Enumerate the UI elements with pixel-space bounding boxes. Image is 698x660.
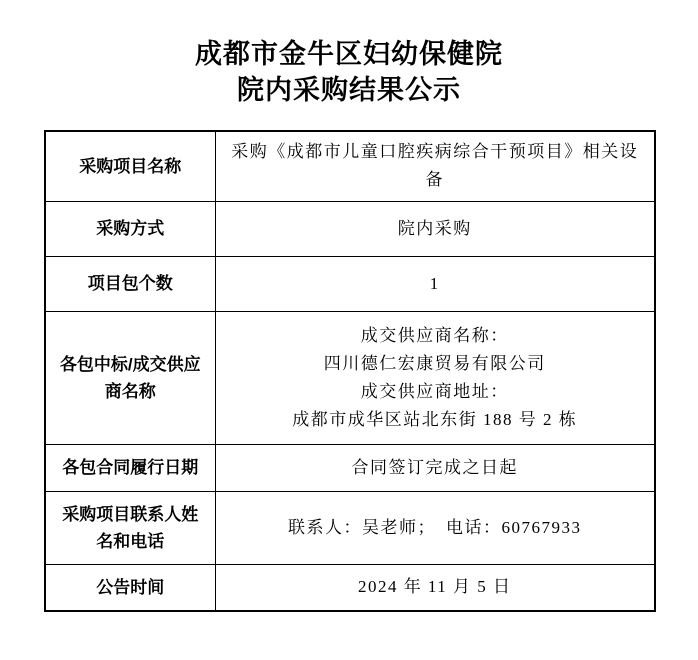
row-label: 采购项目联系人姓名和电话: [45, 491, 215, 564]
page-title-line-1: 成都市金牛区妇幼保健院: [0, 36, 698, 72]
row-value: 采购《成都市儿童口腔疾病综合干预项目》相关设备: [215, 131, 655, 201]
row-value: 2024 年 11 月 5 日: [215, 564, 655, 611]
row-label: 采购方式: [45, 201, 215, 256]
table-row-procurement-method: 采购方式 院内采购: [45, 201, 655, 256]
value-line: 成交供应商名称：: [228, 322, 643, 350]
value-line: 联系人：吴老师； 电话：60767933: [228, 514, 643, 542]
announcement-page: 成都市金牛区妇幼保健院 院内采购结果公示 采购项目名称 采购《成都市儿童口腔疾病…: [0, 0, 698, 660]
table-row-supplier-info: 各包中标/成交供应商名称 成交供应商名称： 四川德仁宏康贸易有限公司 成交供应商…: [45, 311, 655, 444]
row-label: 采购项目名称: [45, 131, 215, 201]
value-line: 成交供应商地址：: [228, 378, 643, 406]
row-value: 院内采购: [215, 201, 655, 256]
value-line: 四川德仁宏康贸易有限公司: [228, 350, 643, 378]
value-line: 成都市成华区站北东街 188 号 2 栋: [228, 406, 643, 434]
table-row-contract-date: 各包合同履行日期 合同签订完成之日起: [45, 444, 655, 491]
value-line: 1: [228, 270, 643, 298]
row-value: 合同签订完成之日起: [215, 444, 655, 491]
row-value: 1: [215, 256, 655, 311]
value-line: 院内采购: [228, 215, 643, 243]
table-row-contact-info: 采购项目联系人姓名和电话 联系人：吴老师； 电话：60767933: [45, 491, 655, 564]
row-label: 公告时间: [45, 564, 215, 611]
row-value: 联系人：吴老师； 电话：60767933: [215, 491, 655, 564]
row-label: 项目包个数: [45, 256, 215, 311]
row-value: 成交供应商名称： 四川德仁宏康贸易有限公司 成交供应商地址： 成都市成华区站北东…: [215, 311, 655, 444]
table-row-project-name: 采购项目名称 采购《成都市儿童口腔疾病综合干预项目》相关设备: [45, 131, 655, 201]
value-line: 2024 年 11 月 5 日: [228, 573, 643, 601]
procurement-result-table: 采购项目名称 采购《成都市儿童口腔疾病综合干预项目》相关设备 采购方式 院内采购…: [44, 130, 656, 612]
row-label: 各包中标/成交供应商名称: [45, 311, 215, 444]
row-label: 各包合同履行日期: [45, 444, 215, 491]
page-title: 成都市金牛区妇幼保健院 院内采购结果公示: [0, 0, 698, 108]
value-line: 采购《成都市儿童口腔疾病综合干预项目》相关设备: [228, 138, 643, 194]
table-row-package-count: 项目包个数 1: [45, 256, 655, 311]
value-line: 合同签订完成之日起: [228, 454, 643, 482]
table-row-announcement-time: 公告时间 2024 年 11 月 5 日: [45, 564, 655, 611]
page-title-line-2: 院内采购结果公示: [0, 72, 698, 108]
